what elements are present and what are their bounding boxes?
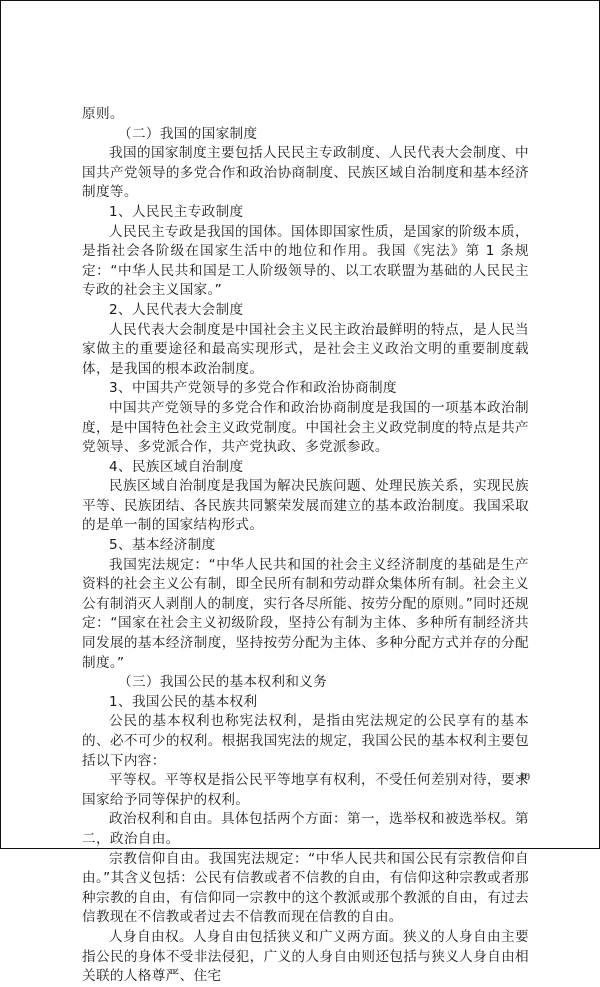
subheading-regional-ethnic-autonomy: 4、民族区域自治制度 [82, 458, 529, 478]
subheading-basic-rights: 1、我国公民的基本权利 [82, 693, 529, 713]
section-heading-citizen-rights: （三）我国公民的基本权利和义务 [82, 673, 529, 693]
paragraph: 我国宪法规定：“中华人民共和国的社会主义经济制度的基础是生产资料的社会主义公有制… [82, 556, 529, 674]
paragraph-continuation: 原则。 [82, 105, 529, 125]
page-body: 原则。 （二）我国的国家制度 我国的国家制度主要包括人民民主专政制度、人民代表大… [82, 105, 529, 849]
page-number: 40 [519, 771, 530, 783]
subheading-peoples-democratic-dictatorship: 1、人民民主专政制度 [82, 203, 529, 223]
paragraph: 我国的国家制度主要包括人民民主专政制度、人民代表大会制度、中国共产党领导的多党合… [82, 144, 529, 203]
paragraph: 人民代表大会制度是中国社会主义民主政治最鲜明的特点，是人民当家做主的重要途径和最… [82, 321, 529, 380]
paragraph: 民族区域自治制度是我国为解决民族问题、处理民族关系，实现民族平等、民族团结、各民… [82, 477, 529, 536]
paragraph: 中国共产党领导的多党合作和政治协商制度是我国的一项基本政治制度，是中国特色社会主… [82, 399, 529, 458]
paragraph-political-rights: 政治权利和自由。具体包括两个方面：第一，选举权和被选举权。第二，政治自由。 [82, 810, 529, 849]
paragraph: 人民民主专政是我国的国体。国体即国家性质，是国家的阶级本质，是指社会各阶级在国家… [82, 223, 529, 301]
paragraph: 公民的基本权利也称宪法权利，是指由宪法规定的公民享有的基本的、必不可少的权利。根… [82, 712, 529, 771]
document-page: 原则。 （二）我国的国家制度 我国的国家制度主要包括人民民主专政制度、人民代表大… [0, 0, 600, 849]
subheading-basic-economic-system: 5、基本经济制度 [82, 536, 529, 556]
subheading-multiparty-cooperation: 3、中国共产党领导的多党合作和政治协商制度 [82, 379, 529, 399]
section-heading-national-system: （二）我国的国家制度 [82, 125, 529, 145]
subheading-peoples-congress: 2、人民代表大会制度 [82, 301, 529, 321]
paragraph-equality-right: 平等权。平等权是指公民平等地享有权利，不受任何差别对待，要求国家给予同等保护的权… [82, 771, 529, 810]
